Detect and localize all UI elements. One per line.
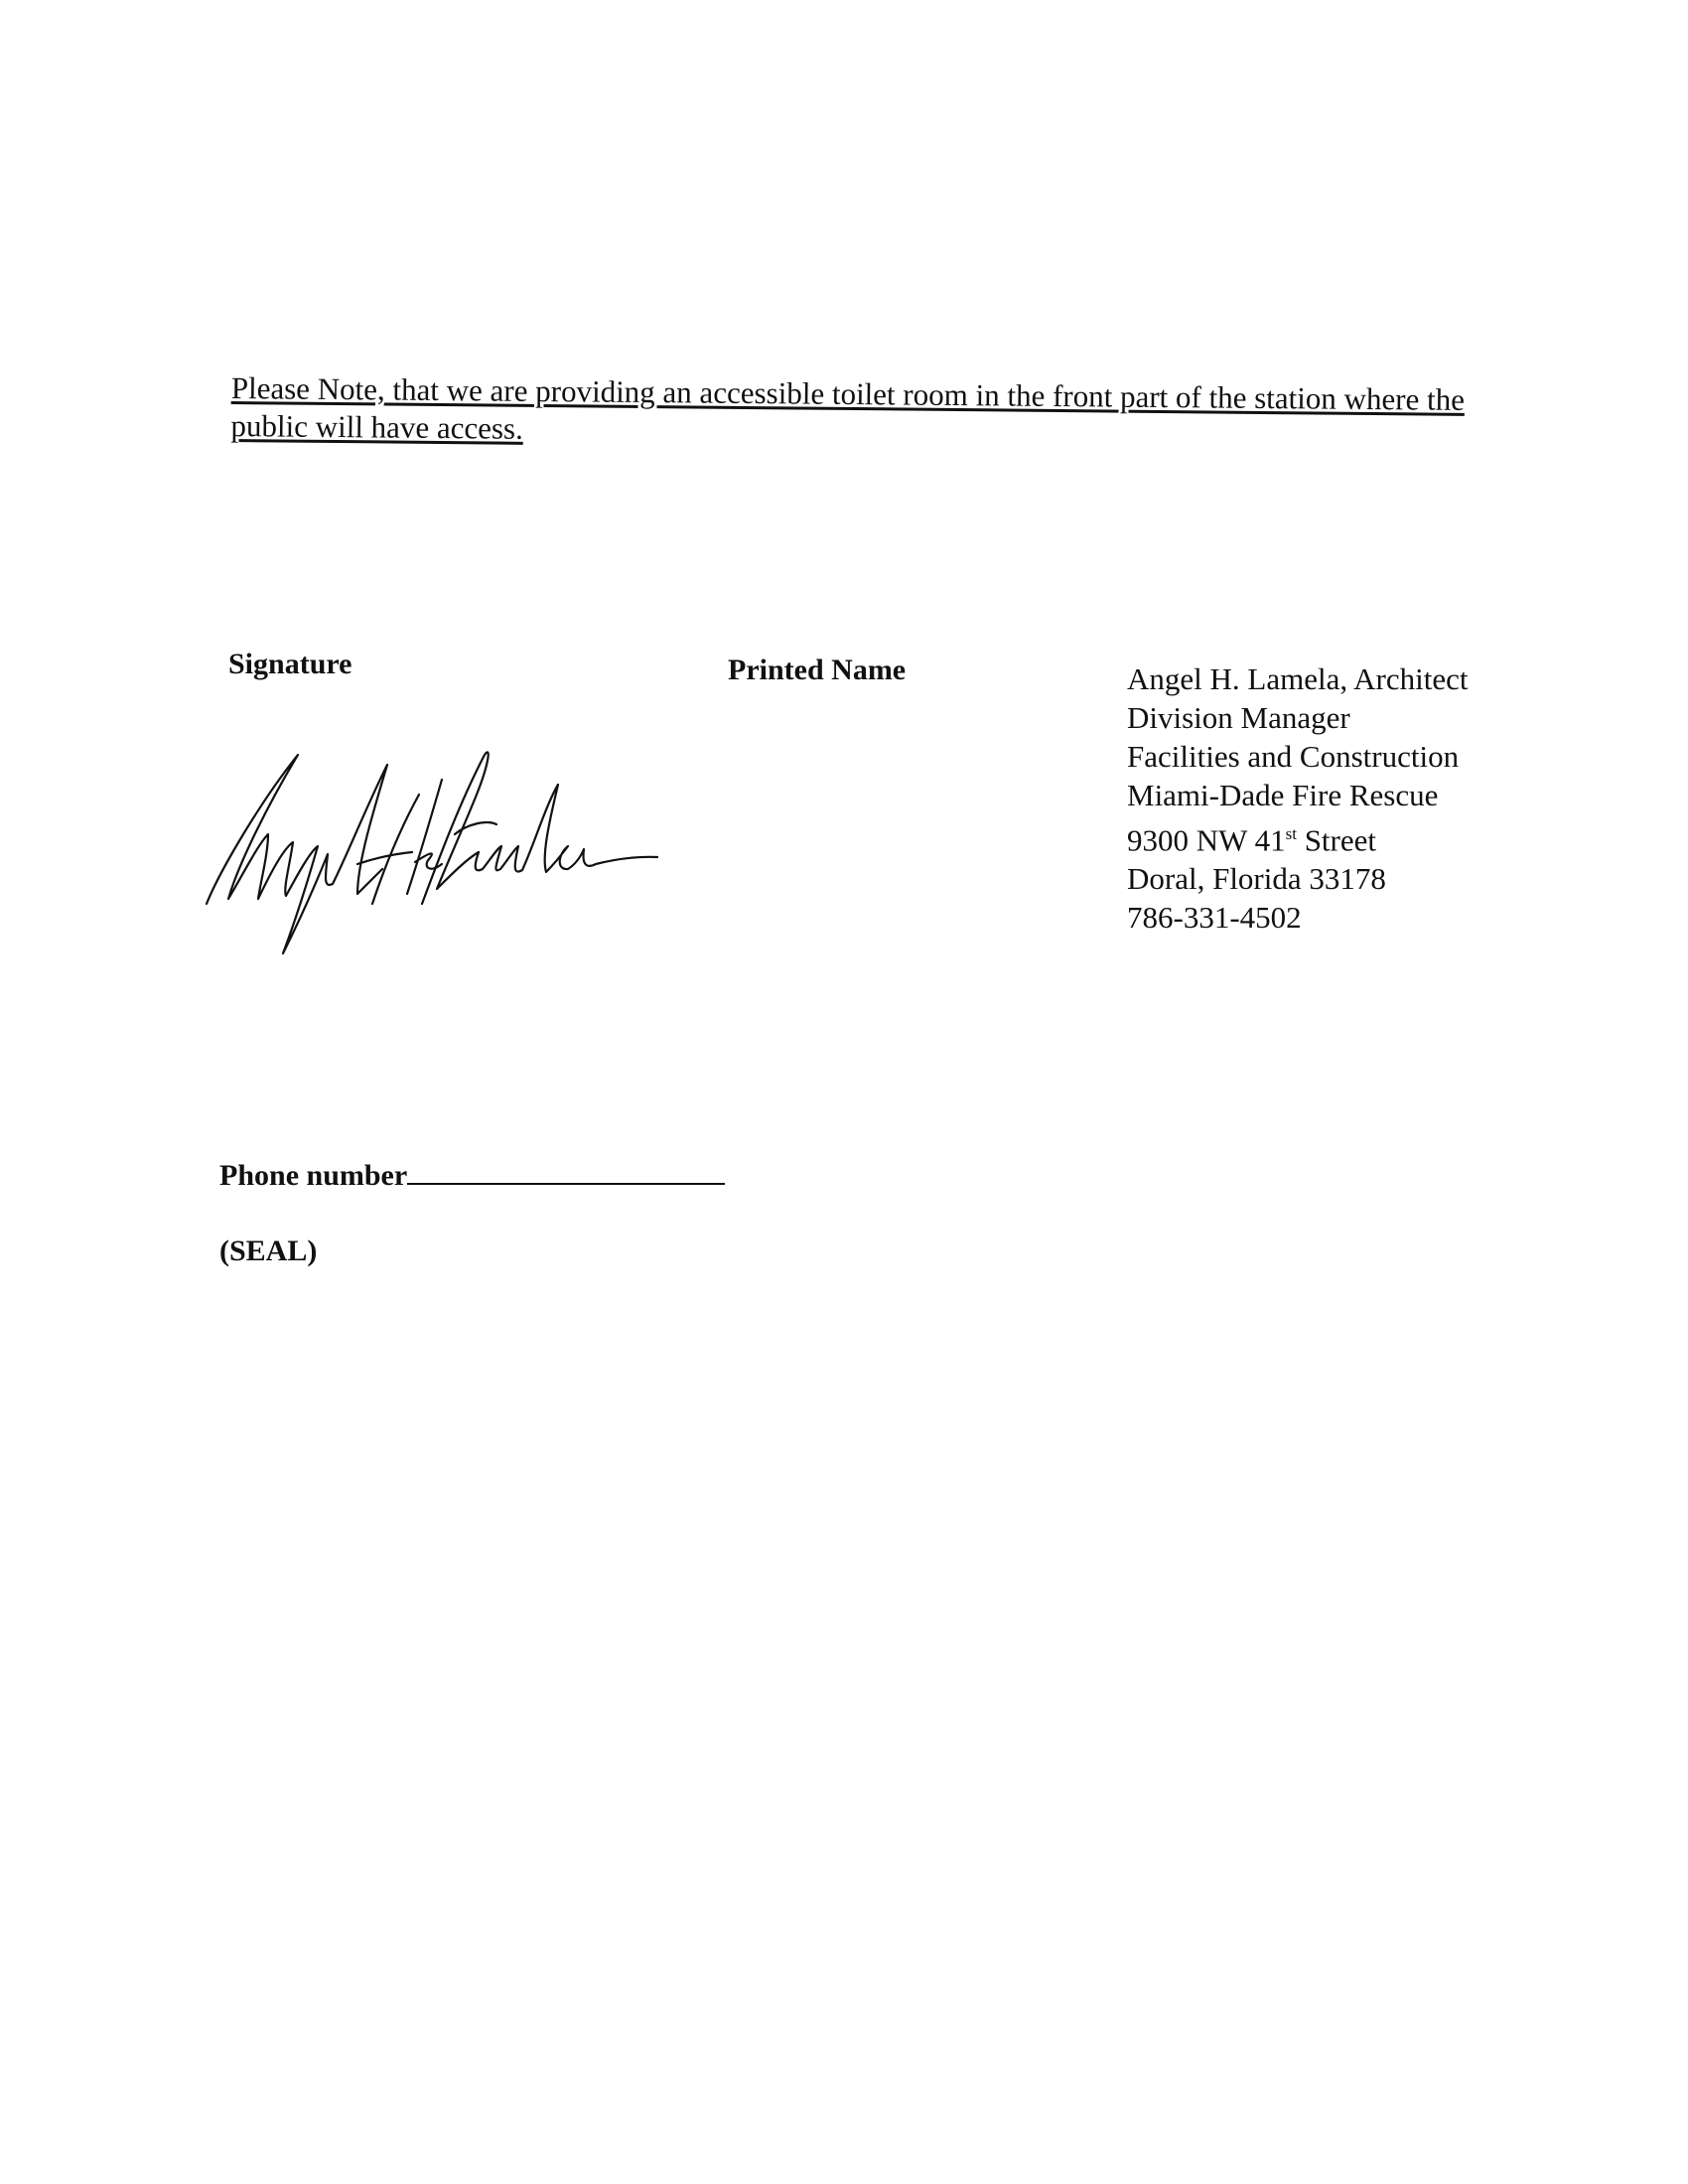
signer-position: Division Manager [1127, 698, 1468, 737]
street-number: 9300 NW 41 [1127, 822, 1286, 857]
signer-street: 9300 NW 41st Street [1127, 814, 1468, 859]
street-suffix: st [1286, 824, 1297, 843]
phone-number-field: Phone number [219, 1157, 725, 1193]
street-name: Street [1297, 822, 1376, 857]
signature-icon [199, 725, 774, 983]
printed-name-label: Printed Name [728, 654, 906, 687]
signer-department: Facilities and Construction [1127, 737, 1468, 776]
accessibility-note: Please Note, that we are providing an ac… [230, 369, 1532, 458]
signer-organization: Miami-Dade Fire Rescue [1127, 776, 1468, 814]
phone-number-blank[interactable] [407, 1157, 725, 1185]
seal-label: (SEAL) [219, 1235, 317, 1268]
signer-address-block: Angel H. Lamela, Architect Division Mana… [1127, 659, 1468, 937]
signer-city-state-zip: Doral, Florida 33178 [1127, 859, 1468, 898]
signature-label: Signature [228, 648, 352, 681]
signer-name-title: Angel H. Lamela, Architect [1127, 659, 1468, 698]
signer-phone: 786-331-4502 [1127, 898, 1468, 937]
phone-number-label: Phone number [219, 1159, 407, 1192]
